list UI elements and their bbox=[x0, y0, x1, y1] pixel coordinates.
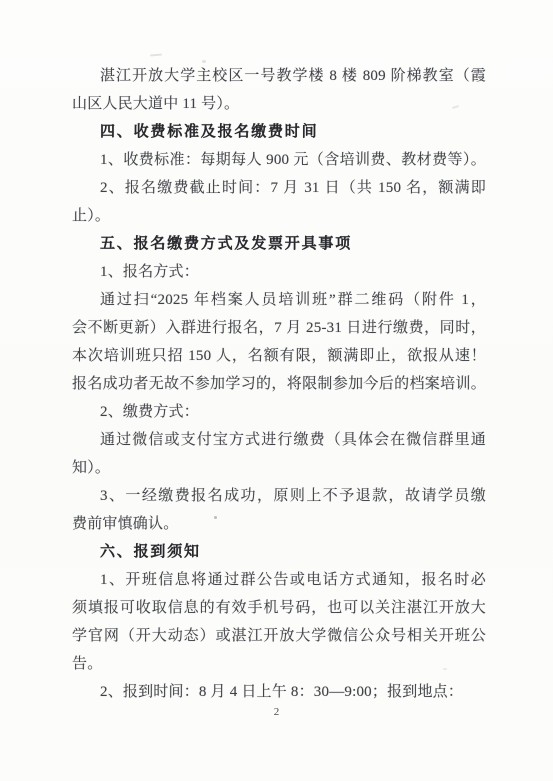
scanned-document-page: 湛江开放大学主校区一号教学楼 8 楼 809 阶梯教室（霞 山区人民大道中 11… bbox=[0, 0, 553, 781]
text-line: 1、报名方式： bbox=[72, 258, 486, 286]
text-line: 湛江开放大学主校区一号教学楼 8 楼 809 阶梯教室（霞 bbox=[72, 62, 486, 90]
text-line: 会不断更新）入群进行报名，7 月 25-31 日进行缴费，同时， bbox=[72, 314, 486, 342]
text-line: 2、报到时间：8 月 4 日上午 8：30—9:00；报到地点： bbox=[72, 678, 486, 706]
text-line: 2、缴费方式： bbox=[72, 398, 486, 426]
text-line: 山区人民大道中 11 号）。 bbox=[72, 90, 486, 118]
text-line: 1、开班信息将通过群公告或电话方式通知，报名时必 bbox=[72, 566, 486, 594]
document-text-block: 湛江开放大学主校区一号教学楼 8 楼 809 阶梯教室（霞 山区人民大道中 11… bbox=[72, 62, 486, 706]
scan-artifact bbox=[150, 54, 162, 57]
text-line: 费前审慎确认。 bbox=[72, 510, 486, 538]
text-line: 1、收费标准：每期每人 900 元（含培训费、教材费等）。 bbox=[72, 146, 486, 174]
text-line: 报名成功者无故不参加学习的，将限制参加今后的档案培训。 bbox=[72, 370, 486, 398]
text-line: 本次培训班只招 150 人，名额有限，额满即止，欲报从速！ bbox=[72, 342, 486, 370]
text-line: 告。 bbox=[72, 650, 486, 678]
page-number: 2 bbox=[0, 705, 553, 719]
text-line: 通过微信或支付宝方式进行缴费（具体会在微信群里通 bbox=[72, 426, 486, 454]
text-line: 止）。 bbox=[72, 202, 486, 230]
text-line: 通过扫“2025 年档案人员培训班”群二维码（附件 1， bbox=[72, 286, 486, 314]
text-line: 须填报可收取信息的有效手机号码，也可以关注湛江开放大 bbox=[72, 594, 486, 622]
section-heading: 四、收费标准及报名缴费时间 bbox=[72, 118, 486, 146]
section-heading: 五、报名缴费方式及发票开具事项 bbox=[72, 230, 486, 258]
section-heading: 六、报到须知 bbox=[72, 538, 486, 566]
text-line: 2、报名缴费截止时间：7 月 31 日（共 150 名，额满即 bbox=[72, 174, 486, 202]
text-line: 学官网（开大动态）或湛江开放大学微信公众号相关开班公 bbox=[72, 622, 486, 650]
text-line: 知）。 bbox=[72, 454, 486, 482]
text-line: 3、一经缴费报名成功，原则上不予退款，故请学员缴 bbox=[72, 482, 486, 510]
